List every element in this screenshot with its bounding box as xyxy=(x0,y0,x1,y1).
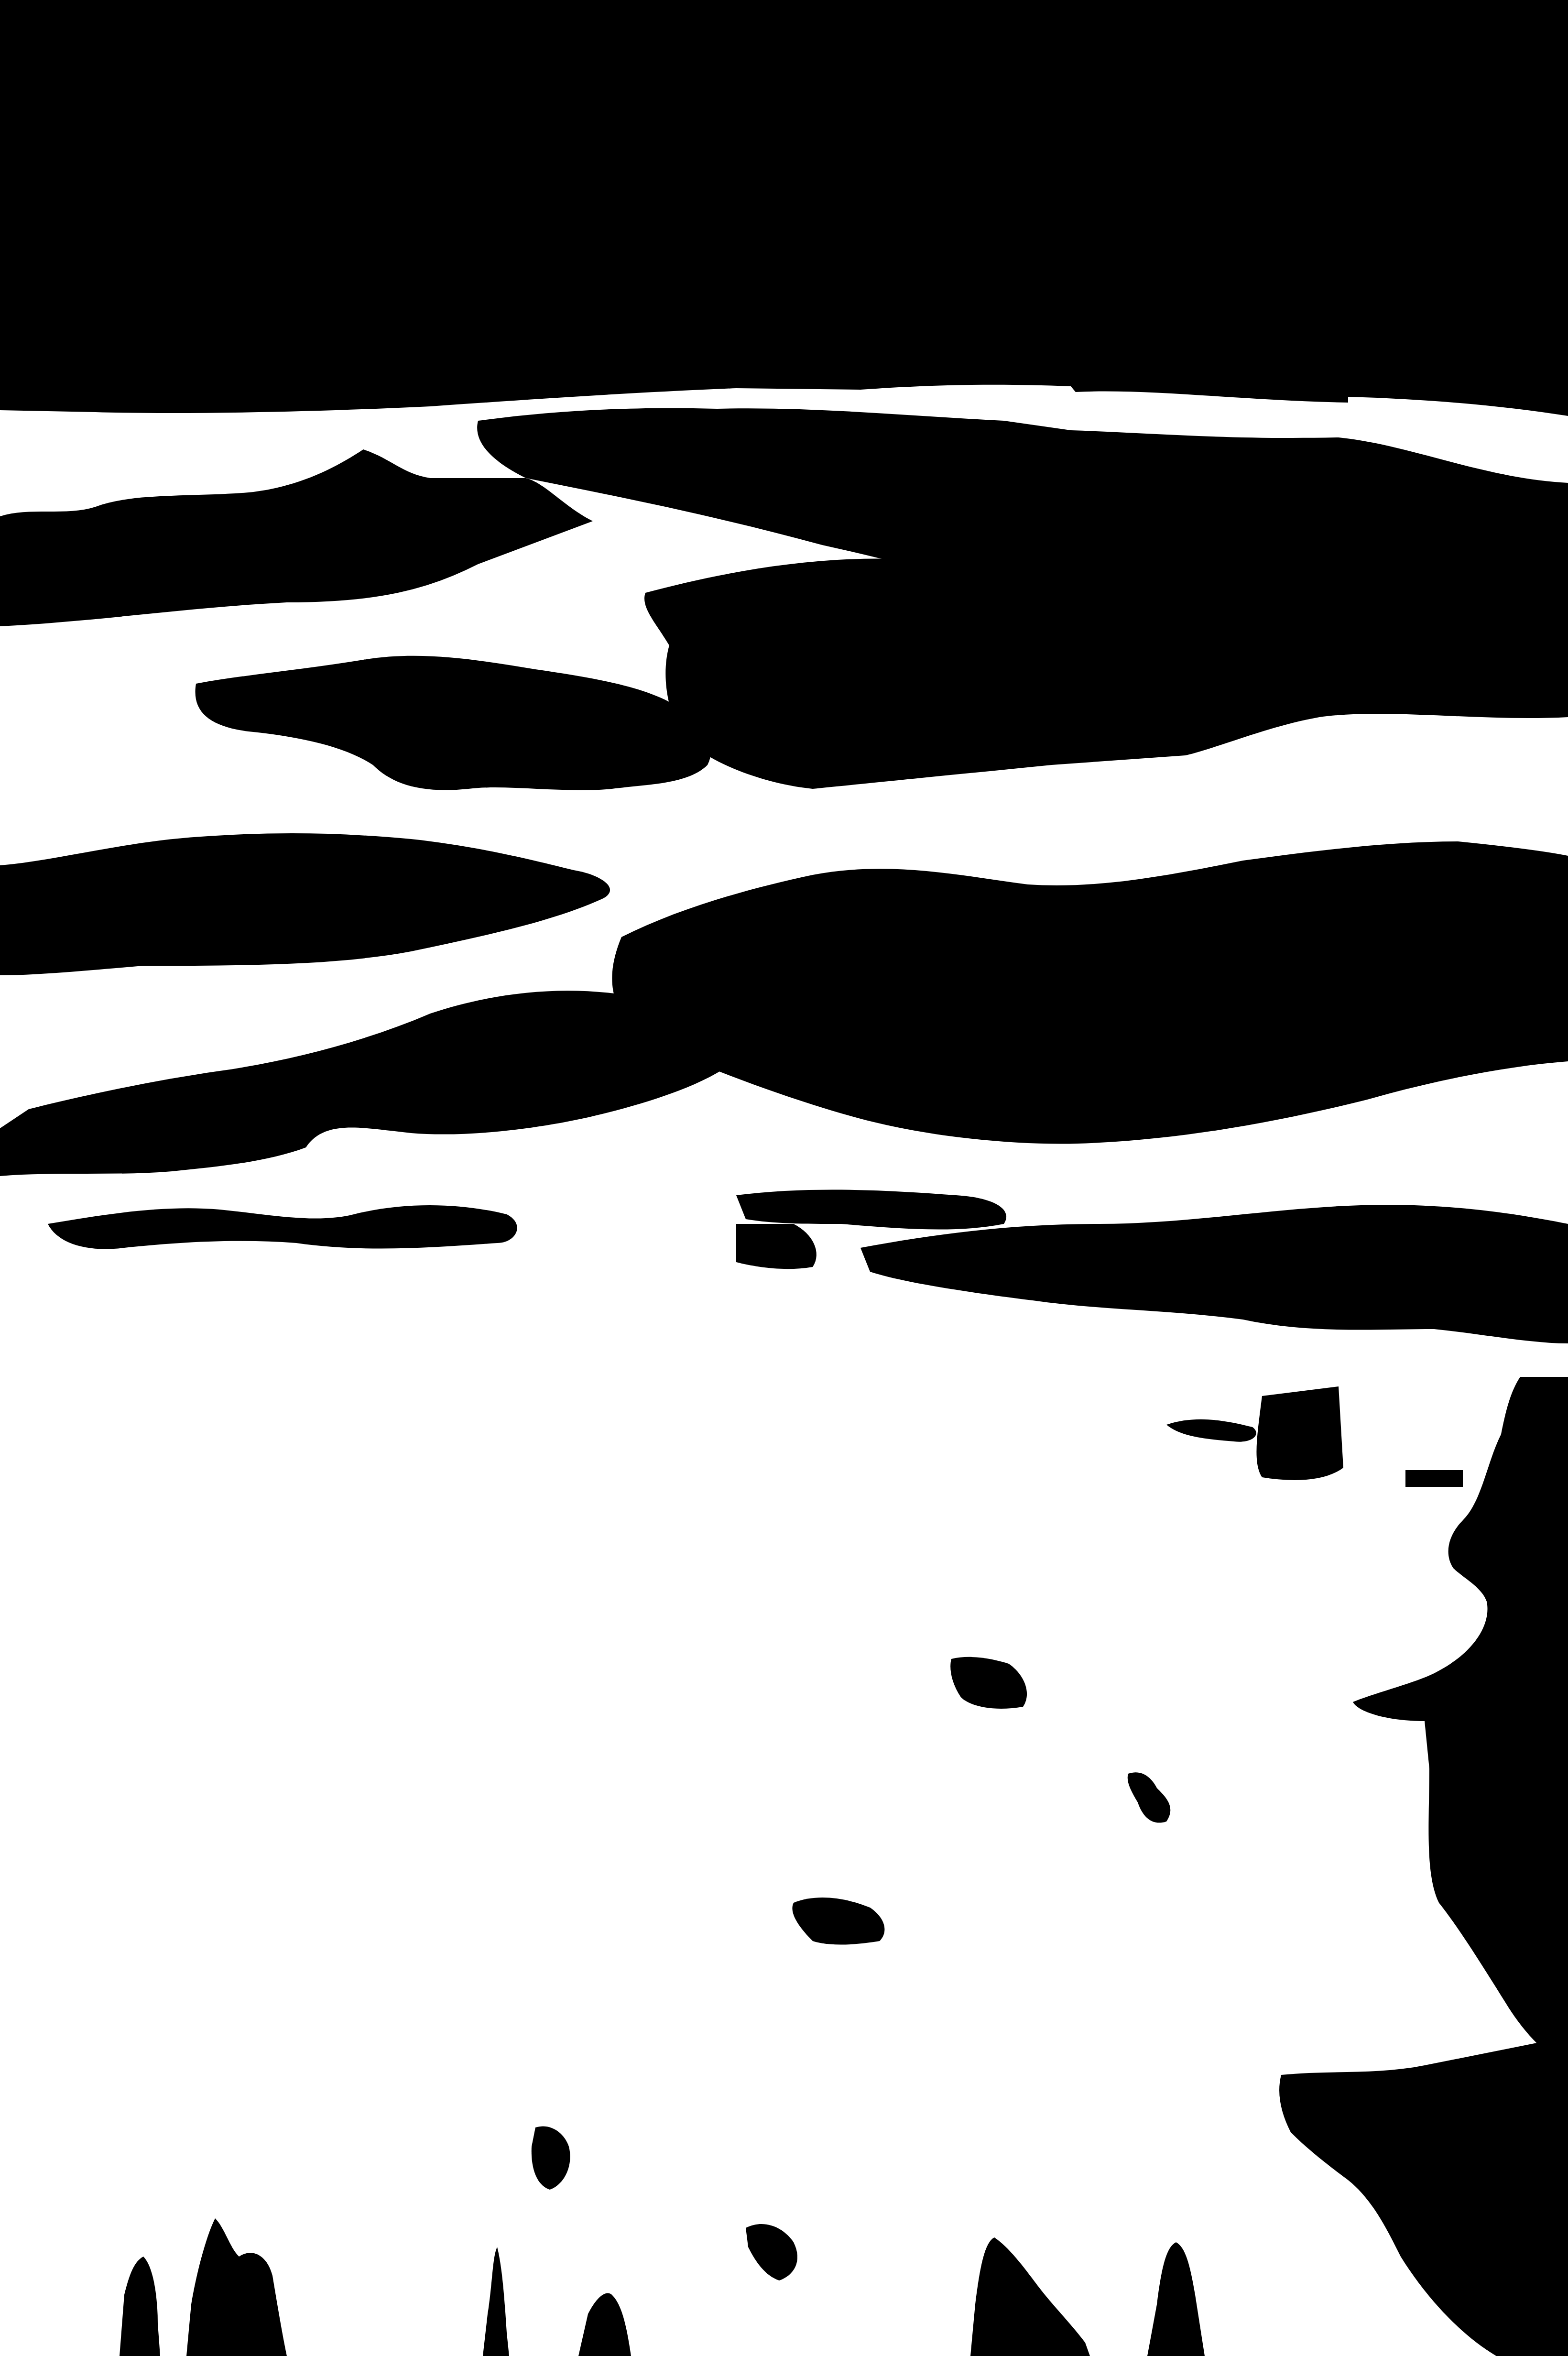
surface-photo xyxy=(0,0,1568,2356)
black-sky xyxy=(0,0,1568,416)
